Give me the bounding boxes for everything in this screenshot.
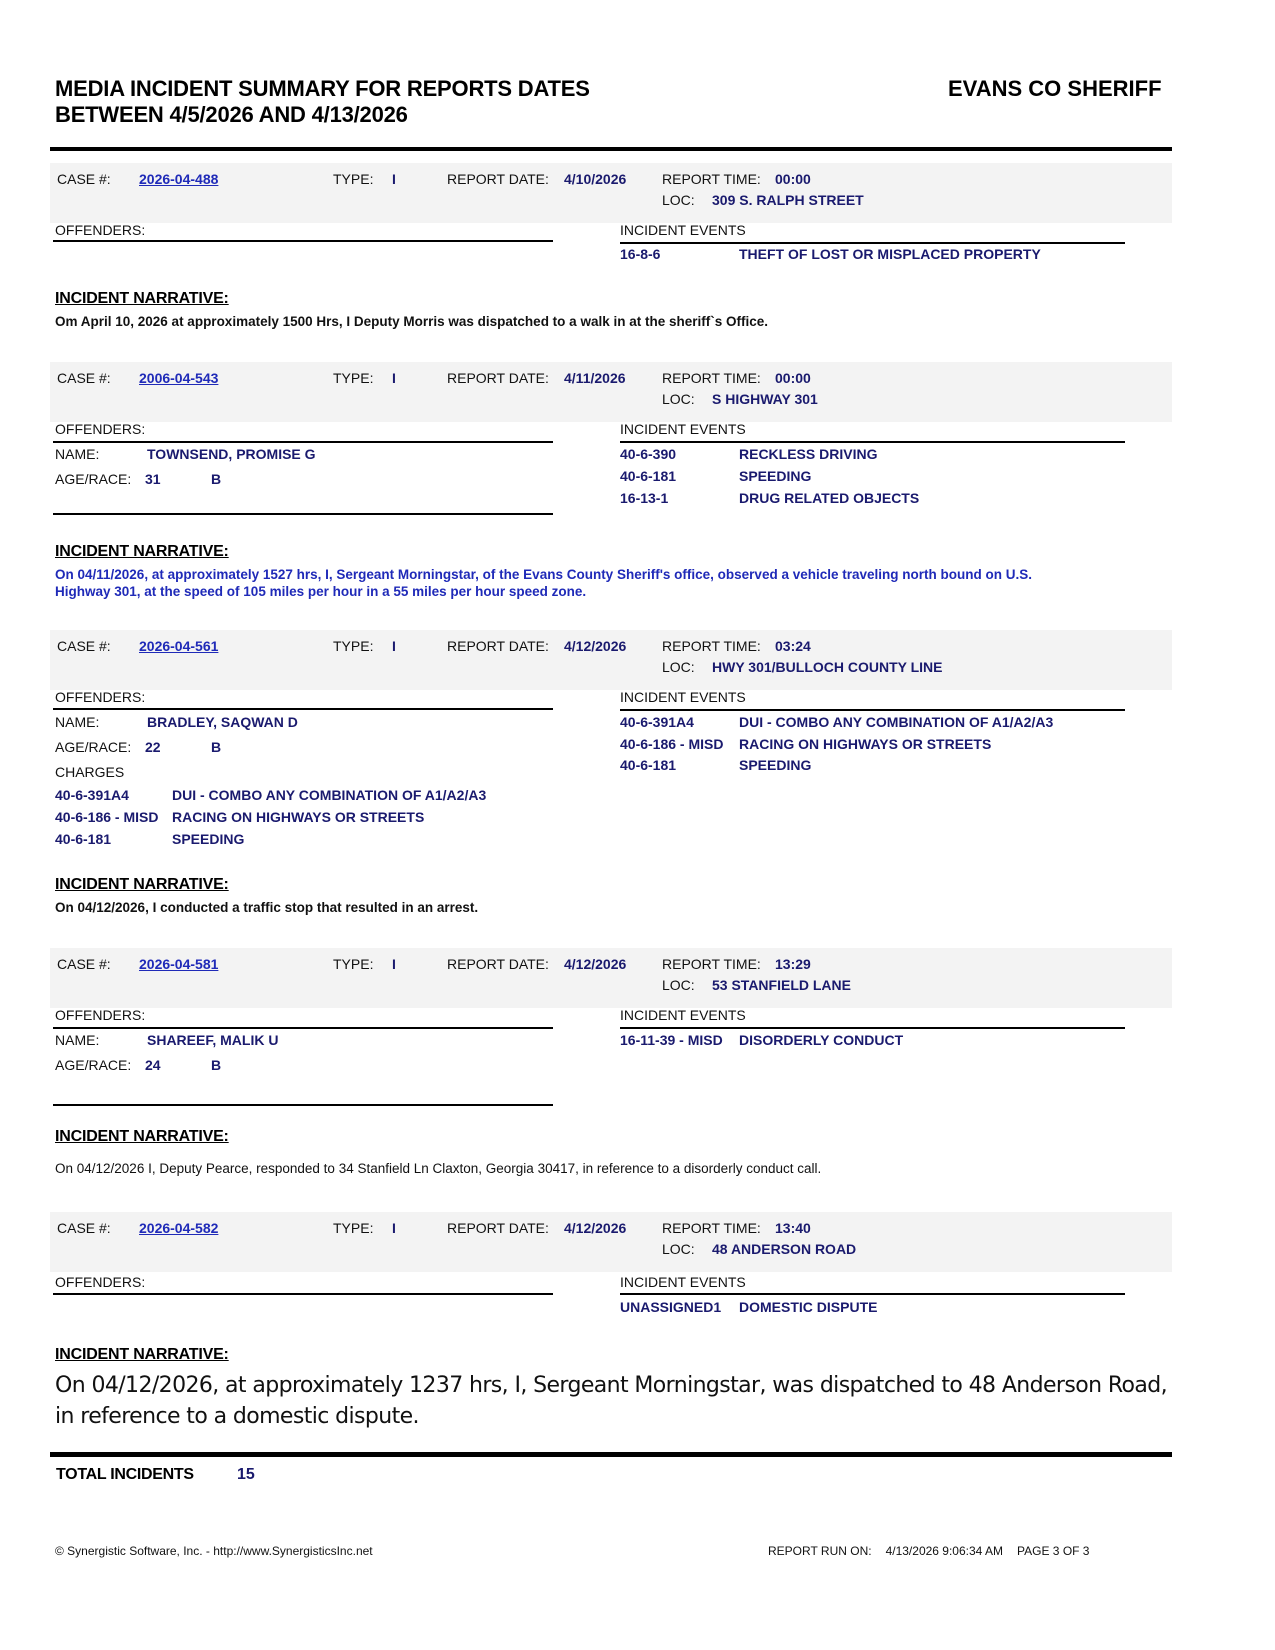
incident-events-label: INCIDENT EVENTS — [620, 1007, 746, 1023]
report-time-label: REPORT TIME: — [662, 171, 761, 187]
charge-code: 40-6-181 — [55, 831, 111, 847]
report-date-label: REPORT DATE: — [447, 1220, 549, 1236]
case-label: CASE #: — [57, 1220, 111, 1236]
offenders-end-divider — [53, 513, 553, 515]
offenders-end-divider — [53, 1104, 553, 1106]
totals-divider — [50, 1452, 1172, 1457]
case-label: CASE #: — [57, 171, 111, 187]
type-label: TYPE: — [333, 638, 373, 654]
report-time-label: REPORT TIME: — [662, 956, 761, 972]
total-incidents-label: TOTAL INCIDENTS — [56, 1466, 194, 1484]
case-number-link[interactable]: 2026-04-582 — [139, 1220, 218, 1236]
event-code: UNASSIGNED1 — [620, 1299, 721, 1315]
report-date-value: 4/12/2026 — [564, 1220, 626, 1236]
header-divider — [50, 147, 1172, 151]
incident-events-label: INCIDENT EVENTS — [620, 421, 746, 437]
report-date-label: REPORT DATE: — [447, 171, 549, 187]
event-desc: SPEEDING — [739, 468, 811, 484]
event-desc: SPEEDING — [739, 757, 811, 773]
age-race-label: AGE/RACE: — [55, 471, 131, 487]
page-title-line1: MEDIA INCIDENT SUMMARY FOR REPORTS DATES — [55, 76, 590, 102]
narrative-heading: INCIDENT NARRATIVE: — [55, 1346, 229, 1364]
charge-desc: RACING ON HIGHWAYS OR STREETS — [172, 809, 424, 825]
narrative-heading: INCIDENT NARRATIVE: — [55, 1128, 229, 1146]
report-date-label: REPORT DATE: — [447, 638, 549, 654]
report-time-value: 13:40 — [775, 1220, 811, 1236]
offender-name: TOWNSEND, PROMISE G — [147, 446, 316, 462]
offenders-divider — [53, 1293, 553, 1295]
case-label: CASE #: — [57, 370, 111, 386]
report-time-value: 00:00 — [775, 370, 811, 386]
event-desc: DUI - COMBO ANY COMBINATION OF A1/A2/A3 — [739, 714, 1053, 730]
loc-value: S HIGHWAY 301 — [712, 391, 818, 407]
report-time-label: REPORT TIME: — [662, 638, 761, 654]
events-divider — [620, 1027, 1125, 1029]
charge-code: 40-6-391A4 — [55, 787, 129, 803]
name-label: NAME: — [55, 714, 99, 730]
offender-race: B — [211, 739, 221, 755]
narrative-text-line2: Highway 301, at the speed of 105 miles p… — [55, 584, 586, 599]
report-date-label: REPORT DATE: — [447, 370, 549, 386]
events-divider — [620, 1293, 1125, 1295]
offender-age: 22 — [145, 739, 161, 755]
loc-value: 48 ANDERSON ROAD — [712, 1241, 856, 1257]
report-date-value: 4/10/2026 — [564, 171, 626, 187]
narrative-heading: INCIDENT NARRATIVE: — [55, 543, 229, 561]
narrative-heading: INCIDENT NARRATIVE: — [55, 876, 229, 894]
event-desc: DISORDERLY CONDUCT — [739, 1032, 903, 1048]
report-time-value: 00:00 — [775, 171, 811, 187]
event-code: 40-6-181 — [620, 468, 676, 484]
charge-desc: DUI - COMBO ANY COMBINATION OF A1/A2/A3 — [172, 787, 486, 803]
report-date-value: 4/12/2026 — [564, 956, 626, 972]
event-code: 16-11-39 - MISD — [620, 1032, 723, 1048]
offenders-label: OFFENDERS: — [55, 421, 145, 437]
type-value: I — [392, 1220, 396, 1236]
offenders-divider — [53, 708, 553, 710]
type-value: I — [392, 370, 396, 386]
offenders-label: OFFENDERS: — [55, 1274, 145, 1290]
loc-label: LOC: — [662, 977, 695, 993]
name-label: NAME: — [55, 446, 99, 462]
events-divider — [620, 441, 1125, 443]
page-title-line2: BETWEEN 4/5/2026 AND 4/13/2026 — [55, 102, 590, 128]
case-number-link[interactable]: 2006-04-543 — [139, 370, 218, 386]
report-date-value: 4/12/2026 — [564, 638, 626, 654]
agency-name: EVANS CO SHERIFF — [948, 76, 1162, 102]
report-date-value: 4/11/2026 — [564, 370, 626, 386]
narrative-text-line2: in reference to a domestic dispute. — [55, 1401, 419, 1432]
charge-code: 40-6-186 - MISD — [55, 809, 158, 825]
narrative-text: Om April 10, 2026 at approximately 1500 … — [55, 314, 768, 329]
case-number-link[interactable]: 2026-04-488 — [139, 171, 218, 187]
event-code: 40-6-186 - MISD — [620, 736, 723, 752]
charge-desc: SPEEDING — [172, 831, 244, 847]
events-divider — [620, 709, 1125, 711]
event-code: 16-8-6 — [620, 246, 660, 262]
loc-value: 53 STANFIELD LANE — [712, 977, 851, 993]
offender-age: 24 — [145, 1057, 161, 1073]
incident-events-label: INCIDENT EVENTS — [620, 222, 746, 238]
event-desc: THEFT OF LOST OR MISPLACED PROPERTY — [739, 246, 1041, 262]
name-label: NAME: — [55, 1032, 99, 1048]
type-label: TYPE: — [333, 1220, 373, 1236]
offenders-label: OFFENDERS: — [55, 689, 145, 705]
report-time-value: 13:29 — [775, 956, 811, 972]
offender-race: B — [211, 471, 221, 487]
offenders-label: OFFENDERS: — [55, 1007, 145, 1023]
event-code: 40-6-181 — [620, 757, 676, 773]
event-desc: DOMESTIC DISPUTE — [739, 1299, 877, 1315]
type-value: I — [392, 171, 396, 187]
narrative-heading: INCIDENT NARRATIVE: — [55, 290, 229, 308]
type-value: I — [392, 956, 396, 972]
total-incidents-value: 15 — [237, 1466, 255, 1484]
loc-label: LOC: — [662, 659, 695, 675]
case-number-link[interactable]: 2026-04-581 — [139, 956, 218, 972]
loc-value: 309 S. RALPH STREET — [712, 192, 864, 208]
type-label: TYPE: — [333, 370, 373, 386]
case-label: CASE #: — [57, 956, 111, 972]
incident-events-label: INCIDENT EVENTS — [620, 689, 746, 705]
offender-name: SHAREEF, MALIK U — [147, 1032, 278, 1048]
event-desc: RECKLESS DRIVING — [739, 446, 877, 462]
events-divider — [620, 242, 1125, 244]
loc-label: LOC: — [662, 192, 695, 208]
report-date-label: REPORT DATE: — [447, 956, 549, 972]
loc-value: HWY 301/BULLOCH COUNTY LINE — [712, 659, 943, 675]
page-indicator: PAGE 3 OF 3 — [1017, 1544, 1089, 1558]
footer-report-info: REPORT RUN ON:4/13/2026 9:06:34 AMPAGE 3… — [768, 1544, 1103, 1558]
event-desc: DRUG RELATED OBJECTS — [739, 490, 919, 506]
offenders-divider — [53, 441, 553, 443]
narrative-text-line1: On 04/11/2026, at approximately 1527 hrs… — [55, 567, 1032, 582]
report-run-label: REPORT RUN ON: — [768, 1544, 872, 1558]
event-desc: RACING ON HIGHWAYS OR STREETS — [739, 736, 991, 752]
loc-label: LOC: — [662, 1241, 695, 1257]
loc-label: LOC: — [662, 391, 695, 407]
offender-name: BRADLEY, SAQWAN D — [147, 714, 298, 730]
age-race-label: AGE/RACE: — [55, 1057, 131, 1073]
event-code: 40-6-390 — [620, 446, 676, 462]
event-code: 16-13-1 — [620, 490, 668, 506]
report-time-label: REPORT TIME: — [662, 1220, 761, 1236]
offenders-divider — [53, 1027, 553, 1029]
narrative-text: On 04/12/2026, I conducted a traffic sto… — [55, 900, 478, 915]
narrative-text-line1: On 04/12/2026, at approximately 1237 hrs… — [55, 1370, 1167, 1401]
type-label: TYPE: — [333, 171, 373, 187]
report-time-value: 03:24 — [775, 638, 811, 654]
report-time-label: REPORT TIME: — [662, 370, 761, 386]
page-title: MEDIA INCIDENT SUMMARY FOR REPORTS DATES… — [55, 76, 590, 128]
type-value: I — [392, 638, 396, 654]
case-number-link[interactable]: 2026-04-561 — [139, 638, 218, 654]
offender-age: 31 — [145, 471, 161, 487]
incident-events-label: INCIDENT EVENTS — [620, 1274, 746, 1290]
event-code: 40-6-391A4 — [620, 714, 694, 730]
narrative-text: On 04/12/2026 I, Deputy Pearce, responde… — [55, 1161, 821, 1176]
offenders-divider — [53, 240, 553, 242]
offenders-label: OFFENDERS: — [55, 222, 145, 238]
offender-race: B — [211, 1057, 221, 1073]
type-label: TYPE: — [333, 956, 373, 972]
charges-label: CHARGES — [55, 764, 124, 780]
case-label: CASE #: — [57, 638, 111, 654]
report-run-value: 4/13/2026 9:06:34 AM — [886, 1544, 1003, 1558]
footer-copyright: © Synergistic Software, Inc. - http://ww… — [55, 1544, 373, 1558]
age-race-label: AGE/RACE: — [55, 739, 131, 755]
